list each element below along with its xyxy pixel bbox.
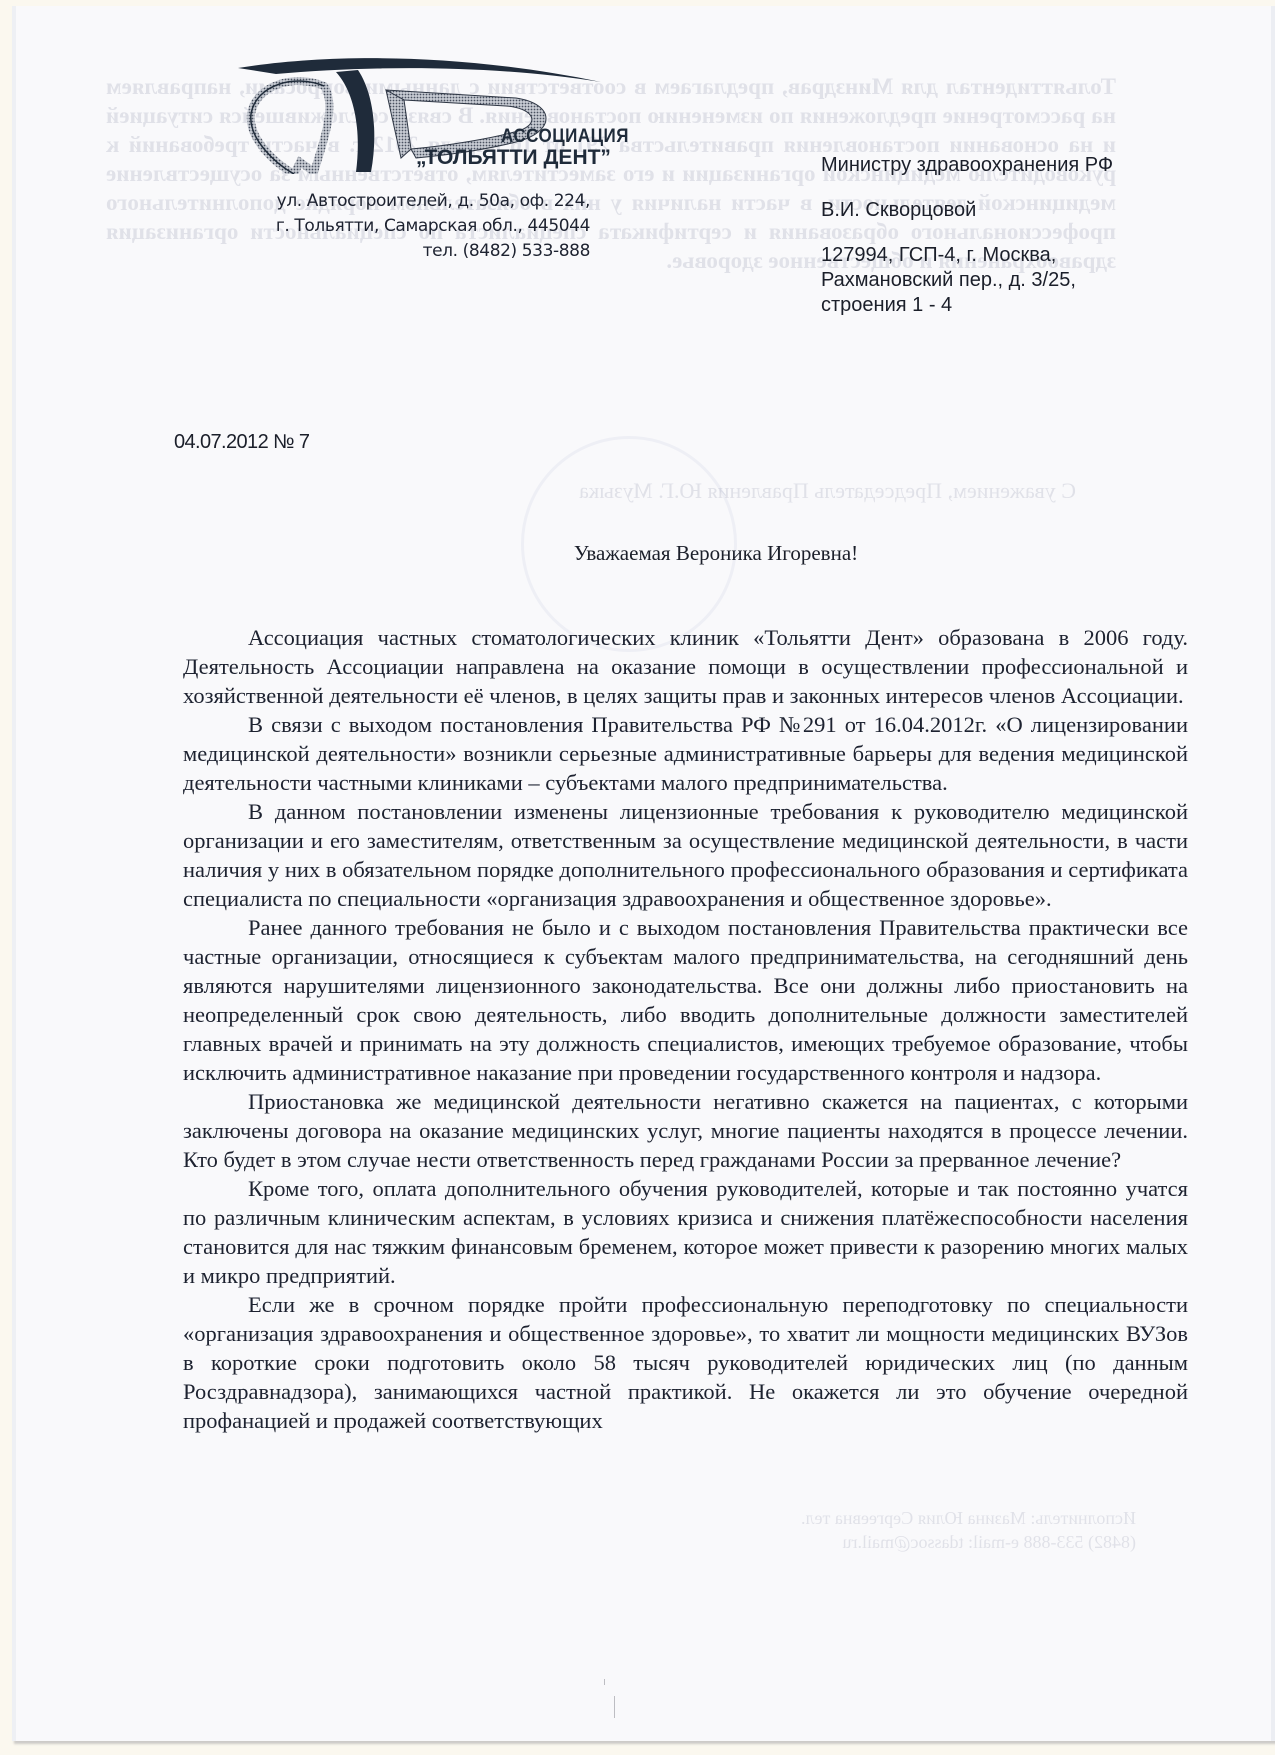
document-date-number: 04.07.2012 № 7: [174, 431, 309, 454]
paragraph: В связи с выходом постановления Правител…: [183, 710, 1188, 797]
paragraph: Ранее данного требования не было и с вых…: [183, 913, 1188, 1087]
reverse-side-bleed-footer: Исполнитель: Мазина Юлия Сергеевна тел. …: [776, 1506, 1136, 1554]
paragraph: Приостановка же медицинской деятельности…: [183, 1087, 1188, 1174]
paragraph: Ассоциация частных стоматологических кли…: [183, 623, 1188, 710]
recipient-block: Министру здравоохранения РФ В.И. Скворцо…: [821, 153, 1113, 318]
recipient-name: В.И. Скворцовой: [821, 198, 1113, 223]
recipient-address-line3: строения 1 - 4: [821, 293, 1113, 318]
recipient-title: Министру здравоохранения РФ: [821, 153, 1113, 178]
reverse-side-bleed-signature: С уважением, Председатель Правления Ю.Г.…: [196, 476, 1076, 505]
paragraph: Кроме того, оплата дополнительного обуче…: [183, 1174, 1188, 1290]
letter-body: Ассоциация частных стоматологических кли…: [183, 623, 1188, 1435]
sender-street: ул. Автостроителей, д. 50а, оф. 224,: [196, 189, 590, 214]
logo-association-label: АССОЦИАЦИЯ: [501, 125, 629, 148]
sender-address-block: ул. Автостроителей, д. 50а, оф. 224, г. …: [196, 189, 590, 264]
recipient-address-line2: Рахмановский пер., д. 3/25,: [821, 268, 1113, 293]
scan-artifact: [604, 1679, 605, 1685]
logo-organization-name: „ТОЛЬЯТТИ ДЕНТ”: [416, 146, 611, 170]
sender-city: г. Тольятти, Самарская обл., 445044: [196, 214, 590, 239]
recipient-address-line1: 127994, ГСП-4, г. Москва,: [821, 243, 1113, 268]
scan-artifact: [614, 1696, 615, 1718]
salutation: Уважаемая Вероника Игоревна!: [416, 541, 1016, 566]
scanned-letter-page: Тольяттидентал для Минздрав, предлагаем …: [12, 6, 1275, 1741]
paragraph: В данном постановлении изменены лицензио…: [183, 797, 1188, 913]
sender-phone: тел. (8482) 533-888: [196, 239, 590, 264]
paragraph: Если же в срочном порядке пройти професс…: [183, 1290, 1188, 1435]
